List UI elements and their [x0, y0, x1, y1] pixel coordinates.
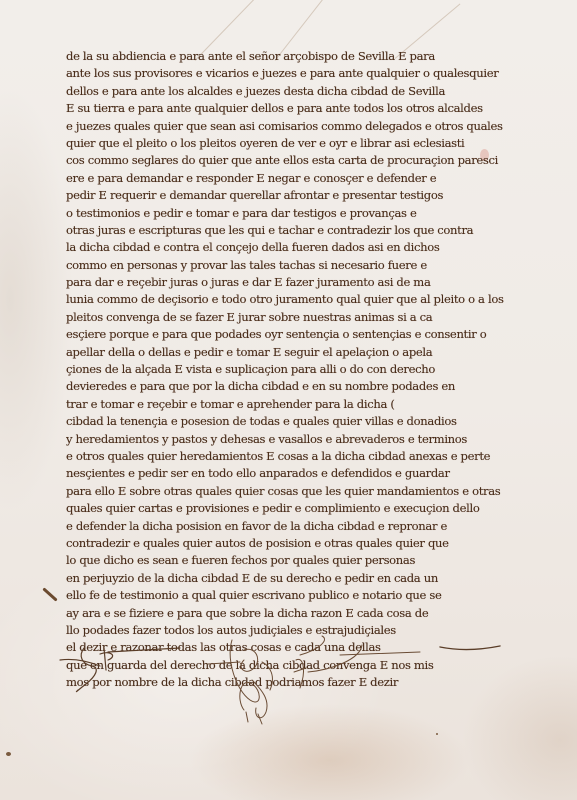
text-line: mos por nombre de la dicha cibdad podria…	[66, 674, 506, 691]
text-line: o testimonios e pedir e tomar e para dar…	[66, 205, 506, 222]
text-line: trar e tomar e reçebir e tomar e aprehen…	[66, 396, 506, 413]
text-line: en perjuyzio de la dicha cibdad E de su …	[66, 570, 506, 587]
text-line: lunia commo de deçisorio e todo otro jur…	[66, 291, 506, 308]
text-line: contradezir e quales quier autos de posi…	[66, 535, 506, 552]
text-line: la dicha cibdad e contra el conçejo dell…	[66, 239, 506, 256]
text-line: cos commo seglares do quier que ante ell…	[66, 152, 506, 169]
text-line: devieredes e para que por la dicha cibda…	[66, 378, 506, 395]
text-line: E su tierra e para ante qualquier dellos…	[66, 100, 506, 117]
text-line: esçiere porque e para que podades oyr se…	[66, 326, 506, 343]
text-line: que en guarda del derecho de la dicha ci…	[66, 657, 506, 674]
text-line: çiones de la alçada E vista e suplicaçio…	[66, 361, 506, 378]
text-line: e juezes quales quier que sean asi comis…	[66, 118, 506, 135]
text-line: e otros quales quier heredamientos E cos…	[66, 448, 506, 465]
text-line: de la su abdiencia e para ante el señor …	[66, 48, 506, 65]
ink-spot	[436, 733, 438, 735]
text-line: para ello E sobre otras quales quier cos…	[66, 483, 506, 500]
text-line: ere e para demandar e responder E negar …	[66, 170, 506, 187]
text-line: dellos e para ante los alcaldes e juezes…	[66, 83, 506, 100]
text-line: para dar e reçebir juras o juras e dar E…	[66, 274, 506, 291]
text-line: lo que dicho es sean e fueren fechos por…	[66, 552, 506, 569]
text-line: otras juras e escripturas que les qui e …	[66, 222, 506, 239]
text-line: e defender la dicha posision en favor de…	[66, 518, 506, 535]
text-line: quier que el pleito o los pleitos oyeren…	[66, 135, 506, 152]
manuscript-page: de la su abdiencia e para ante el señor …	[0, 0, 577, 800]
text-line: apellar della o dellas e pedir e tomar E…	[66, 344, 506, 361]
text-line: llo podades fazer todos los autos judiçi…	[66, 622, 506, 639]
text-line: ello fe de testimonio a qual quier escri…	[66, 587, 506, 604]
text-line: pleitos convenga de se fazer E jurar sob…	[66, 309, 506, 326]
ink-spot	[6, 752, 11, 756]
margin-pen-mark	[42, 587, 57, 601]
text-line: ay ara e se fiziere e para que sobre la …	[66, 605, 506, 622]
text-line: y heredamientos y pastos y dehesas e vas…	[66, 431, 506, 448]
text-line: cibdad la tenençia e posesion de todas e…	[66, 413, 506, 430]
text-line: nesçientes e pedir ser en todo ello anpa…	[66, 465, 506, 482]
text-line: quales quier cartas e provisiones e pedi…	[66, 500, 506, 517]
manuscript-text: de la su abdiencia e para ante el señor …	[66, 48, 506, 691]
text-line: commo en personas y provar las tales tac…	[66, 257, 506, 274]
text-line: pedir E requerir e demandar querellar af…	[66, 187, 506, 204]
text-line: el dezir e razonar todas las otras cosas…	[66, 639, 506, 656]
text-line: ante los sus provisores e vicarios e jue…	[66, 65, 506, 82]
